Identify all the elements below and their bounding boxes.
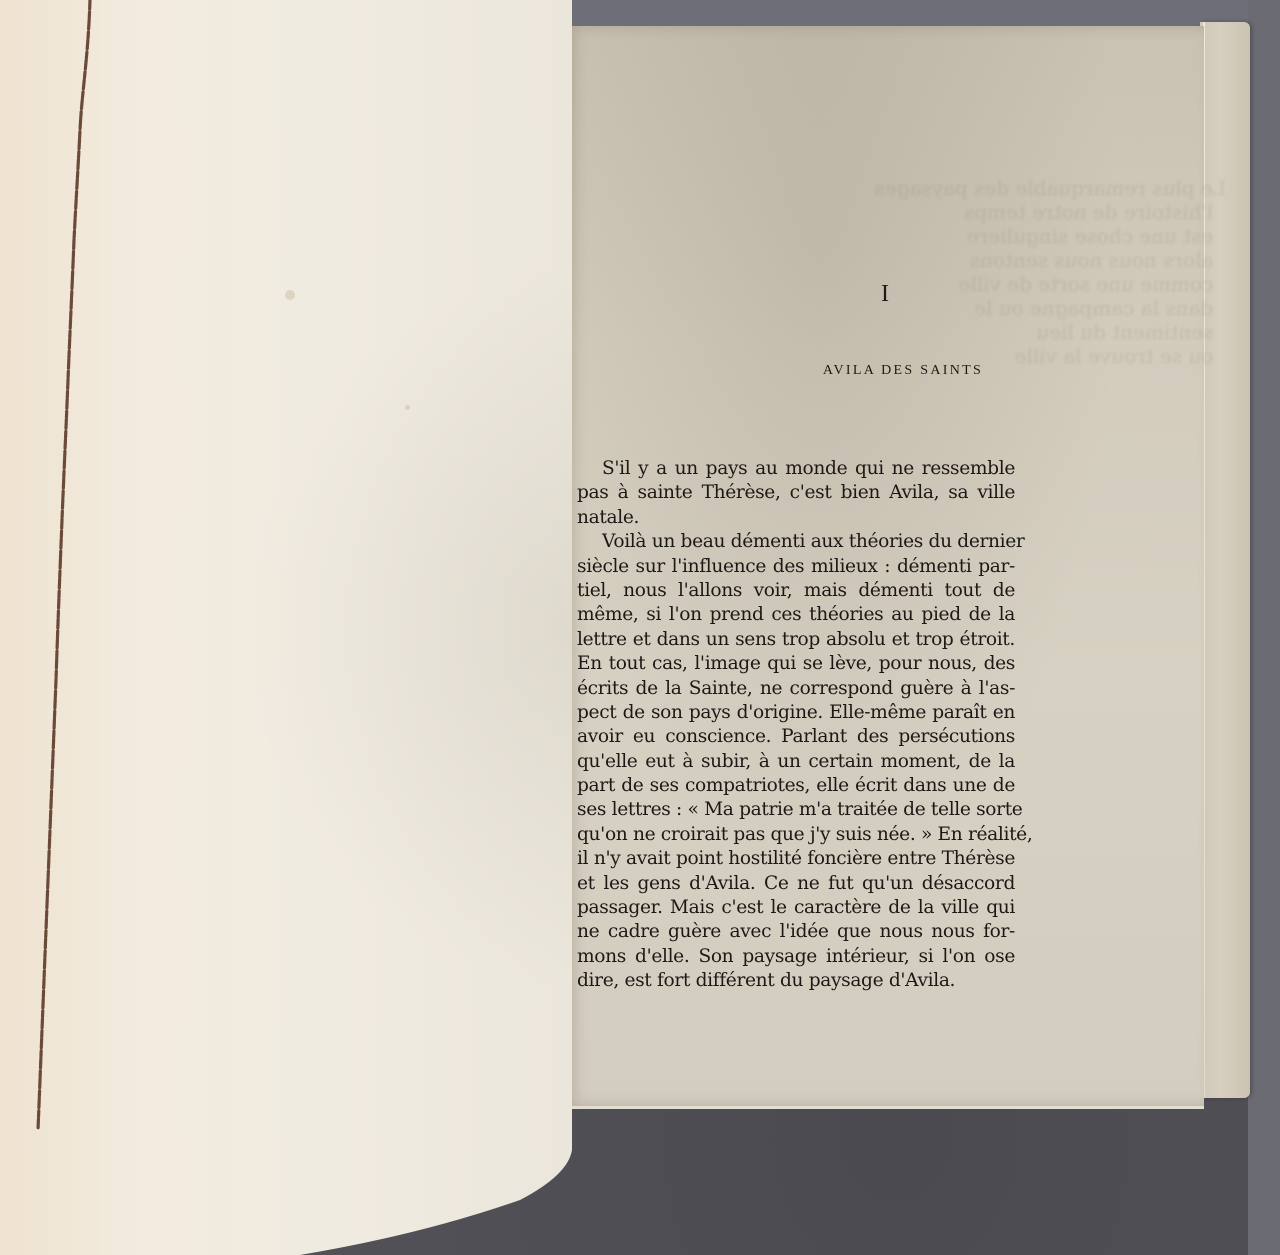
text-line: ses lettres : « Ma patrie m'a traitée de…	[577, 798, 1015, 822]
text-line: part de ses compatriotes, elle écrit dan…	[577, 774, 1015, 798]
left-page	[0, 0, 572, 1255]
text-line: passager. Mais c'est le caractère de la …	[577, 896, 1015, 920]
chapter-number: I	[566, 281, 1204, 308]
text-line: pas à sainte Thérèse, c'est bien Avila, …	[577, 481, 1015, 505]
text-line: mons d'elle. Son paysage intérieur, si l…	[577, 945, 1015, 969]
body-text: S'il y a un pays au monde qui ne ressemb…	[577, 457, 1015, 994]
text-line: avoir eu conscience. Parlant des persécu…	[577, 725, 1015, 749]
chapter-title: AVILA DES SAINTS	[566, 363, 1204, 379]
text-line: et les gens d'Avila. Ce ne fut qu'un dés…	[577, 872, 1015, 896]
text-line: écrits de la Sainte, ne correspond guère…	[577, 677, 1015, 701]
text-line: même, si l'on prend ces théories au pied…	[577, 603, 1015, 627]
text-line: tiel, nous l'allons voir, mais démenti t…	[577, 579, 1015, 603]
paper-spot	[405, 405, 410, 410]
text-line: pect de son pays d'origine. Elle-même pa…	[577, 701, 1015, 725]
text-line: En tout cas, l'image qui se lève, pour n…	[577, 652, 1015, 676]
text-line: siècle sur l'influence des milieux : dém…	[577, 555, 1015, 579]
paper-spot	[285, 290, 295, 300]
binding-stitch-icon	[0, 0, 120, 1255]
text-line: S'il y a un pays au monde qui ne ressemb…	[577, 457, 1015, 481]
text-line: natale.	[577, 506, 1015, 530]
right-page: Le plus remarquable des paysages l'histo…	[566, 26, 1204, 1109]
text-line: Voilà un beau démenti aux théories du de…	[577, 530, 1015, 554]
text-line: dire, est fort différent du paysage d'Av…	[577, 969, 1015, 993]
text-line: qu'elle eut à subir, à un certain moment…	[577, 750, 1015, 774]
text-line: ne cadre guère avec l'idée que nous nous…	[577, 920, 1015, 944]
text-line: lettre et dans un sens trop absolu et tr…	[577, 628, 1015, 652]
text-line: il n'y avait point hostilité foncière en…	[577, 847, 1015, 871]
background-surface-right	[1248, 0, 1280, 1255]
text-line: qu'on ne croirait pas que j'y suis née. …	[577, 823, 1015, 847]
